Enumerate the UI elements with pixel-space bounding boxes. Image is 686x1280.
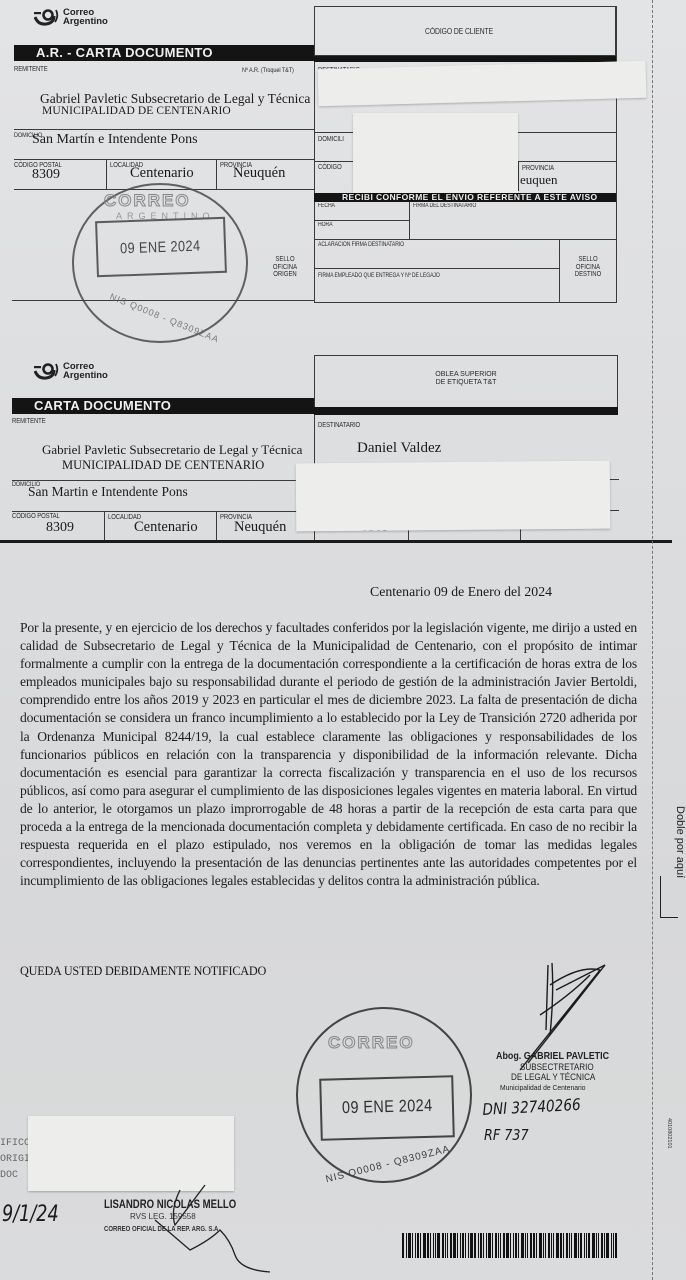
receipt-rule bbox=[314, 268, 559, 269]
barcode-bar bbox=[592, 1233, 595, 1258]
sello-origen: SELLO OFICINA ORIGEN bbox=[271, 256, 300, 279]
receipt-cell-divider bbox=[559, 239, 560, 302]
form-ar-cell-divider bbox=[106, 159, 107, 189]
barcode-bar bbox=[536, 1233, 537, 1258]
barcode-bar bbox=[420, 1233, 421, 1258]
barcode-bar bbox=[527, 1233, 528, 1258]
barcode-bar bbox=[611, 1233, 612, 1258]
postmark-code: NIS Q0008 - Q8309ZAA bbox=[325, 1144, 452, 1186]
barcode-bar bbox=[445, 1233, 446, 1258]
form-cd-title: CARTA DOCUMENTO bbox=[34, 398, 171, 413]
barcode-bar bbox=[468, 1233, 469, 1258]
barcode-bar bbox=[503, 1233, 505, 1258]
remitente-label: REMITENTE bbox=[12, 418, 46, 425]
barcode-bar bbox=[533, 1233, 535, 1258]
localidad-value: Centenario bbox=[130, 165, 194, 182]
barcode-bar bbox=[412, 1233, 413, 1258]
handwritten-cert-date: 9/1/24 bbox=[2, 1202, 59, 1227]
barcode-bar bbox=[525, 1233, 526, 1258]
signatory-name: Abog. GABRIEL PAVLETIC bbox=[496, 1050, 609, 1062]
barcode-bar bbox=[492, 1233, 493, 1258]
barcode-bar bbox=[437, 1233, 440, 1258]
form-cd-rule bbox=[12, 480, 314, 481]
form-cd-cell-divider bbox=[104, 511, 105, 541]
barcode-bar bbox=[548, 1233, 550, 1258]
signatory-title2: DE LEGAL Y TÉCNICA bbox=[511, 1072, 595, 1082]
receipt-cell-divider bbox=[409, 202, 410, 239]
postmark-letter: CORREO 09 ENE 2024 NIS Q0008 - Q8309ZAA bbox=[296, 1007, 472, 1183]
form-ar-divider bbox=[314, 62, 315, 302]
sender-line2: MUNICIPALIDAD DE CENTENARIO bbox=[62, 458, 264, 473]
localidad-value: Centenario bbox=[134, 519, 198, 536]
barcode-bar bbox=[447, 1233, 448, 1258]
barcode-bar bbox=[606, 1233, 609, 1258]
barcode-bar bbox=[488, 1233, 491, 1258]
form-ar-right-border bbox=[616, 6, 617, 302]
codigo-postal-value: 8309 bbox=[32, 167, 60, 183]
barcode-bar bbox=[435, 1233, 436, 1258]
serial-code: 4010802101 bbox=[666, 1118, 672, 1149]
barcode-bar bbox=[539, 1233, 542, 1258]
barcode-bar bbox=[560, 1233, 562, 1258]
recipient-name: Daniel Valdez bbox=[357, 440, 441, 457]
barcode-bar bbox=[601, 1233, 603, 1258]
form-cd-title-bar: CARTA DOCUMENTO bbox=[12, 398, 314, 414]
sello-destino-line: SELLO bbox=[573, 256, 604, 264]
barcode-bar bbox=[417, 1233, 419, 1258]
postmark-date: 09 ENE 2024 bbox=[342, 1096, 433, 1118]
form-ar-title-bar: A.R. - CARTA DOCUMENTO bbox=[14, 45, 314, 61]
dest-provincia-label: PROVINCIA bbox=[522, 165, 554, 172]
barcode-bar bbox=[415, 1233, 416, 1258]
barcode-bar bbox=[402, 1233, 404, 1258]
barcode-bar bbox=[450, 1233, 452, 1258]
certification-partial-labels: IFICO ORIGI DOC bbox=[0, 1136, 30, 1184]
ar-number-label: Nº A.R. (Troquel T&T) bbox=[242, 67, 294, 74]
redaction-tape bbox=[318, 61, 647, 107]
barcode-bar bbox=[442, 1233, 444, 1258]
form-ar-title: A.R. - CARTA DOCUMENTO bbox=[36, 45, 213, 60]
postmark-origin: CORREO ARGENTINO 09 ENE 2024 NIS Q0008 -… bbox=[72, 183, 248, 343]
form-ar-rule bbox=[14, 129, 314, 130]
dest-domicilio-label: DOMICILI bbox=[318, 136, 344, 143]
correo-argentino-logo: Correo Argentino bbox=[34, 8, 108, 26]
aclaracion-label: ACLARACIÓN FIRMA DESTINATARIO bbox=[318, 242, 404, 248]
cert-label: IFICO bbox=[0, 1136, 30, 1152]
firma-destinatario-label: FIRMA DEL DESTINATARIO bbox=[413, 203, 476, 209]
barcode-bar bbox=[430, 1233, 431, 1258]
postmark-date-box: 09 ENE 2024 bbox=[319, 1075, 455, 1140]
postmark-code: NIS Q0008 - Q8309ZAA bbox=[108, 291, 220, 344]
barcode-bar bbox=[513, 1233, 514, 1258]
oblea-label-line: OBLEA SUPERIOR bbox=[315, 371, 617, 379]
logo-text-line2: Argentino bbox=[63, 371, 108, 380]
barcode-bar bbox=[551, 1233, 552, 1258]
barcode-bar bbox=[460, 1233, 461, 1258]
client-code-label: CÓDIGO DE CLIENTE bbox=[425, 27, 493, 36]
form-ar-rule bbox=[14, 159, 314, 160]
barcode-bar bbox=[596, 1233, 597, 1258]
oblea-label-line: DE ETIQUETA T&T bbox=[315, 379, 617, 387]
dest-provincia-value: euquen bbox=[520, 172, 558, 188]
oblea-label: OBLEA SUPERIOR DE ETIQUETA T&T bbox=[315, 371, 617, 386]
barcode-bar bbox=[474, 1233, 476, 1258]
barcode-bar bbox=[566, 1233, 568, 1258]
cert-label: DOC bbox=[0, 1168, 30, 1184]
firma-empleado-label: FIRMA EMPLEADO QUE ENTREGA Y Nº DE LEGAJ… bbox=[318, 273, 440, 279]
form-ar-rule bbox=[314, 302, 617, 303]
correo-logo-icon bbox=[34, 8, 60, 26]
barcode-bar bbox=[483, 1233, 484, 1258]
barcode-bar bbox=[588, 1233, 590, 1258]
barcode-bar bbox=[495, 1233, 497, 1258]
barcode-bar bbox=[613, 1233, 614, 1258]
barcode-bar bbox=[480, 1233, 482, 1258]
hora-label: HORA bbox=[318, 222, 332, 228]
sender-line2: MUNICIPALIDAD DE CENTENARIO bbox=[42, 105, 231, 117]
redaction-tape bbox=[353, 113, 518, 193]
correo-logo-icon bbox=[34, 362, 60, 380]
sello-origen-line: OFICINA bbox=[271, 264, 300, 272]
sello-destino-line: DESTINO bbox=[573, 271, 604, 279]
sender-line1: Gabriel Pavletic Subsecretario de Legal … bbox=[42, 442, 302, 458]
barcode-bar bbox=[563, 1233, 564, 1258]
barcode-bar bbox=[598, 1233, 599, 1258]
barcode-bar bbox=[545, 1233, 546, 1258]
barcode-bar bbox=[556, 1233, 559, 1258]
oblea-box: OBLEA SUPERIOR DE ETIQUETA T&T bbox=[314, 355, 618, 408]
form-cd-title-bar-right bbox=[314, 407, 618, 415]
fecha-label: FECHA bbox=[318, 203, 335, 209]
postmark-date: 09 ENE 2024 bbox=[120, 238, 201, 258]
barcode-bar bbox=[584, 1233, 585, 1258]
handwritten-dni: DNI 32740266 bbox=[482, 1095, 581, 1119]
barcode-bar bbox=[498, 1233, 499, 1258]
receipt-bar-text: RECIBI CONFORME EL ENVIO REFERENTE A EST… bbox=[342, 192, 598, 202]
form-ar-cell-divider bbox=[216, 159, 217, 189]
letter-body: Por la presente, y en ejercicio de los d… bbox=[20, 619, 637, 890]
barcode-bar bbox=[569, 1233, 570, 1258]
barcode-bar bbox=[486, 1233, 487, 1258]
sello-origen-line: ORIGEN bbox=[271, 271, 300, 279]
barcode-bar bbox=[406, 1233, 407, 1258]
client-code-box: CÓDIGO DE CLIENTE bbox=[314, 6, 616, 56]
receipt-rule bbox=[314, 239, 616, 240]
dest-codigo-label: CÓDIGO bbox=[318, 164, 342, 171]
barcode-bar bbox=[423, 1233, 426, 1258]
letter-date-line: Centenario 09 de Enero del 2024 bbox=[370, 584, 552, 600]
fold-marker-bracket bbox=[660, 917, 678, 918]
barcode-bar bbox=[465, 1233, 466, 1258]
fold-line bbox=[652, 0, 653, 1280]
barcode-bar bbox=[510, 1233, 511, 1258]
provincia-value: Neuquén bbox=[233, 165, 285, 182]
form-ar-title-bar-right bbox=[314, 56, 616, 62]
fold-marker-bracket bbox=[660, 876, 661, 918]
document-page: Correo Argentino CÓDIGO DE CLIENTE A.R. … bbox=[0, 0, 686, 1280]
barcode-bar bbox=[478, 1233, 479, 1258]
barcode-bar bbox=[521, 1233, 524, 1258]
codigo-postal-value: 8309 bbox=[46, 520, 74, 536]
barcode-bar bbox=[543, 1233, 544, 1258]
barcode-bar bbox=[470, 1233, 473, 1258]
postmark-date-box: 09 ENE 2024 bbox=[95, 217, 227, 278]
provincia-value: Neuquén bbox=[234, 519, 286, 536]
barcode-bar bbox=[506, 1233, 509, 1258]
signatory-title1: SUBSECTRETARIO bbox=[520, 1062, 594, 1072]
barcode-bar bbox=[571, 1233, 572, 1258]
form-bottom-edge bbox=[0, 540, 672, 543]
domicilio-value: San Martin e Intendente Pons bbox=[28, 484, 188, 500]
codigo-postal-label: CÓDIGO POSTAL bbox=[12, 513, 60, 520]
barcode-bar bbox=[433, 1233, 434, 1258]
barcode-bar bbox=[408, 1233, 411, 1258]
signatory-org: Municipalidad de Centenario bbox=[500, 1083, 586, 1092]
barcode-bar bbox=[462, 1233, 464, 1258]
letter-closing: QUEDA USTED DEBIDAMENTE NOTIFICADO bbox=[20, 964, 266, 979]
redaction-tape bbox=[296, 461, 611, 532]
cert-label: ORIGI bbox=[0, 1152, 30, 1168]
sello-origen-line: SELLO bbox=[271, 256, 300, 264]
form-cd-rule bbox=[12, 511, 314, 512]
barcode-bar bbox=[580, 1233, 582, 1258]
postmark-brand: CORREO bbox=[104, 191, 191, 211]
barcode-bar bbox=[453, 1233, 456, 1258]
receipt-rule bbox=[314, 220, 409, 221]
barcode-bar bbox=[518, 1233, 519, 1258]
barcode-bar bbox=[500, 1233, 501, 1258]
remitente-label: REMITENTE bbox=[14, 66, 48, 73]
barcode-bar bbox=[530, 1233, 532, 1258]
barcode bbox=[402, 1233, 660, 1258]
barcode-bar bbox=[515, 1233, 517, 1258]
barcode-bar bbox=[457, 1233, 458, 1258]
sello-destino: SELLO OFICINA DESTINO bbox=[573, 256, 604, 279]
postmark-brand: CORREO bbox=[328, 1033, 415, 1053]
form-ar-cell-divider bbox=[518, 161, 519, 191]
form-cd-cell-divider bbox=[216, 511, 217, 541]
barcode-bar bbox=[604, 1233, 605, 1258]
handwritten-rf: RF 737 bbox=[484, 1126, 529, 1144]
barcode-bar bbox=[615, 1233, 617, 1258]
certifier-signature-icon bbox=[150, 1180, 280, 1280]
fold-marker-text: Doble por aquí bbox=[674, 806, 686, 878]
logo-text-line2: Argentino bbox=[63, 17, 108, 26]
sello-destino-line: OFICINA bbox=[573, 264, 604, 272]
destinatario-label: DESTINATARIO bbox=[318, 422, 360, 429]
domicilio-value: San Martín e Intendente Pons bbox=[32, 132, 198, 148]
correo-argentino-logo: Correo Argentino bbox=[34, 362, 108, 380]
barcode-bar bbox=[574, 1233, 577, 1258]
receipt-bar: RECIBI CONFORME EL ENVIO REFERENTE A EST… bbox=[314, 193, 616, 202]
barcode-bar bbox=[427, 1233, 429, 1258]
barcode-bar bbox=[578, 1233, 579, 1258]
barcode-bar bbox=[586, 1233, 587, 1258]
barcode-bar bbox=[553, 1233, 554, 1258]
